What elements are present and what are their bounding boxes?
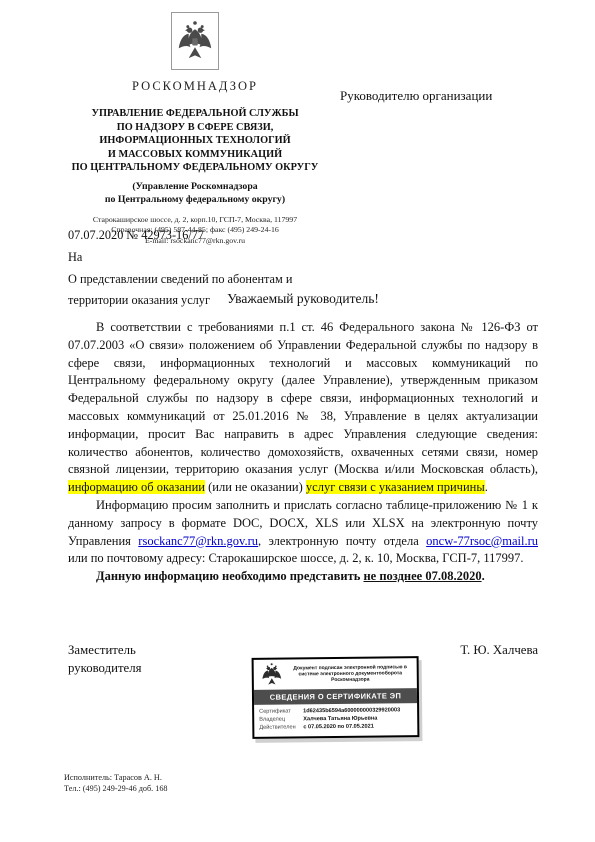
org-sub-line: по Центральному федеральному округу) [55,193,335,206]
signer-name: Т. Ю. Халчева [460,641,538,677]
email-link-mail[interactable]: oncw-77rsoc@mail.ru [426,534,538,548]
org-name-line: ПО ЦЕНТРАЛЬНОМУ ФЕДЕРАЛЬНОМУ ОКРУГУ [55,161,335,175]
stamp-row-label: Действителен [259,723,303,731]
letter-page: РОСКОМНАДЗОР УПРАВЛЕНИЕ ФЕДЕРАЛЬНОЙ СЛУЖ… [0,0,595,842]
signer-position-line: Заместитель [68,641,141,659]
body-text-run: . [485,480,488,494]
body-text-run: или по почтовому адресу: Старокаширское … [68,551,524,565]
stamp-eagle-icon [257,662,287,688]
stamp-declaration: Документ подписан электронной подписью в… [287,663,414,684]
esignature-stamp: Документ подписан электронной подписью в… [252,656,420,739]
agency-short-name: РОСКОМНАДЗОР [55,79,335,94]
letter-body: В соответствии с требованиями п.1 ст. 46… [68,319,538,586]
deadline-period: . [482,569,485,583]
org-full-name: УПРАВЛЕНИЕ ФЕДЕРАЛЬНОЙ СЛУЖБЫ ПО НАДЗОРУ… [55,107,335,175]
org-name-line: ПО НАДЗОРУ В СФЕРЕ СВЯЗИ, [55,121,335,135]
stamp-header: Документ подписан электронной подписью в… [254,658,417,690]
deadline-date: не позднее 07.08.2020 [363,569,481,583]
letter-date-number: 07.07.2020 № 42973-16/77 [68,226,292,245]
reply-to-prefix: На [68,248,292,267]
org-name-line: И МАССОВЫХ КОММУНИКАЦИЙ [55,148,335,162]
addressee: Руководителю организации [340,88,492,104]
highlighted-text: информацию об оказании [68,480,205,494]
double-eagle-icon [177,18,213,64]
signer-position-line: руководителя [68,659,141,677]
subject-line: О представлении сведений по абонентам и [68,269,292,290]
stamp-band-title: СВЕДЕНИЯ О СЕРТИФИКАТЕ ЭП [254,688,417,705]
coat-of-arms-box [171,12,219,70]
letterhead: РОСКОМНАДЗОР УПРАВЛЕНИЕ ФЕДЕРАЛЬНОЙ СЛУЖ… [55,12,335,246]
body-text-run: , электронную почту отдела [258,534,426,548]
signer-position: Заместитель руководителя [68,641,141,677]
org-sub-line: (Управление Роскомнадзора [55,180,335,193]
executor-phone: Тел.: (495) 249-29-46 доб. 168 [64,783,168,794]
email-link-rkn[interactable]: rsockanc77@rkn.gov.ru [138,534,258,548]
salutation: Уважаемый руководитель! [68,291,538,307]
paragraph-2: Информацию просим заполнить и прислать с… [68,497,538,568]
paragraph-1: В соответствии с требованиями п.1 ст. 46… [68,319,538,497]
stamp-row-value: с 07.05.2020 по 07.05.2021 [303,723,374,732]
body-text-run: (или не оказании) [205,480,306,494]
address-line: Старокаширское шоссе, д. 2, корп.10, ГСП… [55,215,335,226]
stamp-certificate-rows: Сертификат 1d62435b6594a6000000003299200… [254,703,417,737]
body-text-run: В соответствии с требованиями п.1 ст. 46… [68,320,538,476]
deadline-line: Данную информацию необходимо представить… [68,568,538,586]
org-name-line: ИНФОРМАЦИОННЫХ ТЕХНОЛОГИЙ [55,134,335,148]
highlighted-text: услуг связи с указанием причины [306,480,485,494]
org-name-line: УПРАВЛЕНИЕ ФЕДЕРАЛЬНОЙ СЛУЖБЫ [55,107,335,121]
stamp-row-validity: Действителен с 07.05.2020 по 07.05.2021 [259,722,412,732]
deadline-text: Данную информацию необходимо представить [96,569,363,583]
executor-name: Исполнитель: Тарасов А. Н. [64,772,168,783]
org-sub-name: (Управление Роскомнадзора по Центральном… [55,180,335,206]
executor-footer: Исполнитель: Тарасов А. Н. Тел.: (495) 2… [64,772,168,794]
